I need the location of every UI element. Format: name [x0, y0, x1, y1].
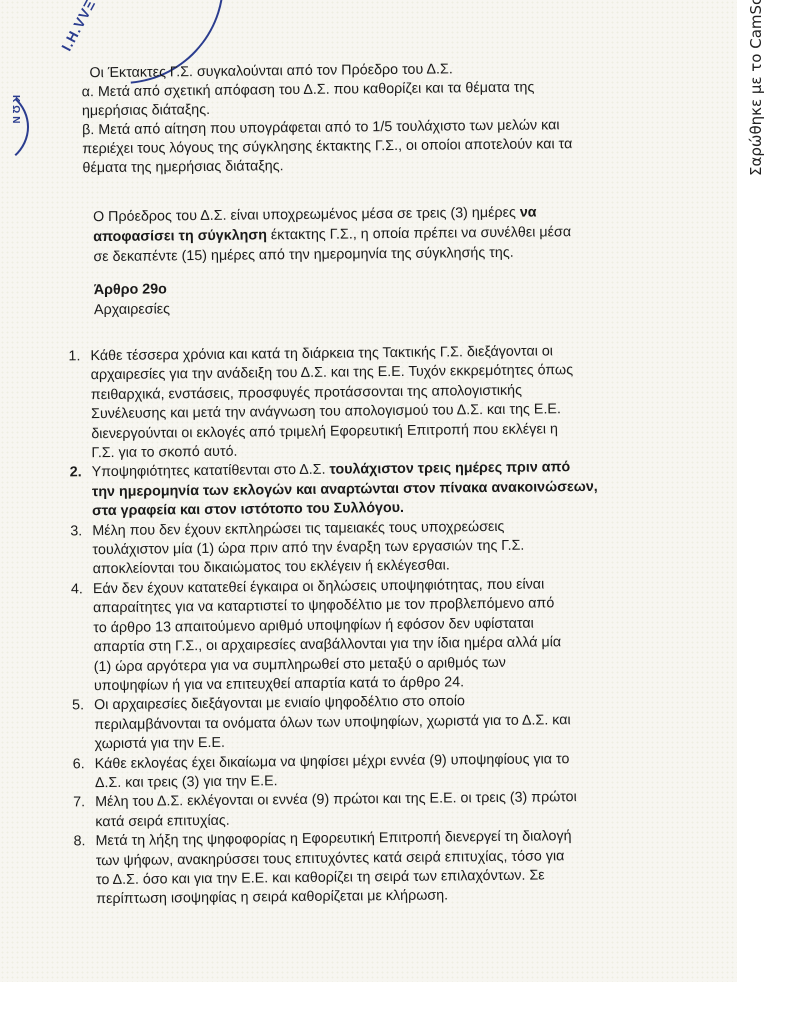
stamp-text-left: ΚΩΝ — [10, 95, 21, 126]
intro-section: Οι Έκτακτες Γ.Σ. συγκαλούνται από τον Πρ… — [89, 59, 572, 178]
paragraph-bold: αποφασίσει τη σύγκληση — [93, 227, 267, 245]
election-rules-list: 1. Κάθε τέσσερα χρόνια και κατά τη διάρκ… — [90, 342, 602, 910]
item-number: 3. — [70, 522, 82, 542]
paragraph-text: σε δεκαπέντε (15) ημέρες από την ημερομη… — [93, 242, 571, 267]
list-item-4: 4. Εάν δεν έχουν κατατεθεί έγκαιρα οι δη… — [93, 575, 600, 697]
item-bold-text: τουλάχιστον τρεις ημέρες πριν από — [329, 460, 570, 479]
article-title: Άρθρο 29ο — [94, 279, 170, 300]
list-item-1: 1. Κάθε τέσσερα χρόνια και κατά τη διάρκ… — [90, 342, 597, 464]
scanned-page: Ι.Η.VVΞ ΚΩΝ Οι Έκτακτες Γ.Σ. συγκαλούντα… — [0, 0, 737, 982]
item-number: 5. — [72, 697, 84, 717]
item-number: 7. — [73, 794, 85, 814]
list-item-5: 5. Οι αρχαιρεσίες διεξάγονται με ενιαίο … — [94, 691, 600, 755]
paragraph-text: Ο Πρόεδρος του Δ.Σ. είναι υποχρεωμένος μ… — [93, 205, 520, 225]
item-line: περίπτωση ισοψηφίας η σειρά καθορίζεται … — [96, 885, 602, 910]
scanner-watermark-text: Σαρώθηκε με το CamScanner — [747, 0, 765, 176]
scanner-watermark: Σαρώθηκε με το CamScanner — [743, 8, 771, 178]
list-item-8: 8. Μετά τη λήξη της ψηφοφορίας η Εφορευτ… — [95, 827, 602, 910]
list-item-2: 2. Υποψηφιότητες κατατίθενται στο Δ.Σ. τ… — [92, 458, 598, 522]
article-heading: Άρθρο 29ο Αρχαιρεσίες — [94, 279, 170, 320]
item-text: Υποψηφιότητες κατατίθενται στο Δ.Σ. — [92, 462, 330, 480]
item-number: 2. — [70, 464, 82, 484]
paragraph-bold: να — [520, 205, 537, 221]
article-subtitle: Αρχαιρεσίες — [94, 299, 170, 320]
list-item-7: 7. Μέλη του Δ.Σ. εκλέγονται οι εννέα (9)… — [95, 788, 601, 832]
item-number: 8. — [73, 832, 85, 852]
paragraph-text: έκτακτης Γ.Σ., η οποία πρέπει να συνέλθε… — [267, 224, 571, 243]
intro-line: θέματα της ημερήσιας διάταξης. — [82, 154, 572, 178]
list-item-3: 3. Μέλη που δεν έχουν εκπληρώσει τις ταμ… — [92, 517, 598, 581]
item-number: 4. — [71, 580, 83, 600]
item-number: 6. — [73, 755, 85, 775]
president-paragraph: Ο Πρόεδρος του Δ.Σ. είναι υποχρεωμένος μ… — [93, 202, 571, 267]
list-item-6: 6. Κάθε εκλογέας έχει δικαίωμα να ψηφίσε… — [95, 749, 601, 793]
item-number: 1. — [68, 347, 80, 367]
